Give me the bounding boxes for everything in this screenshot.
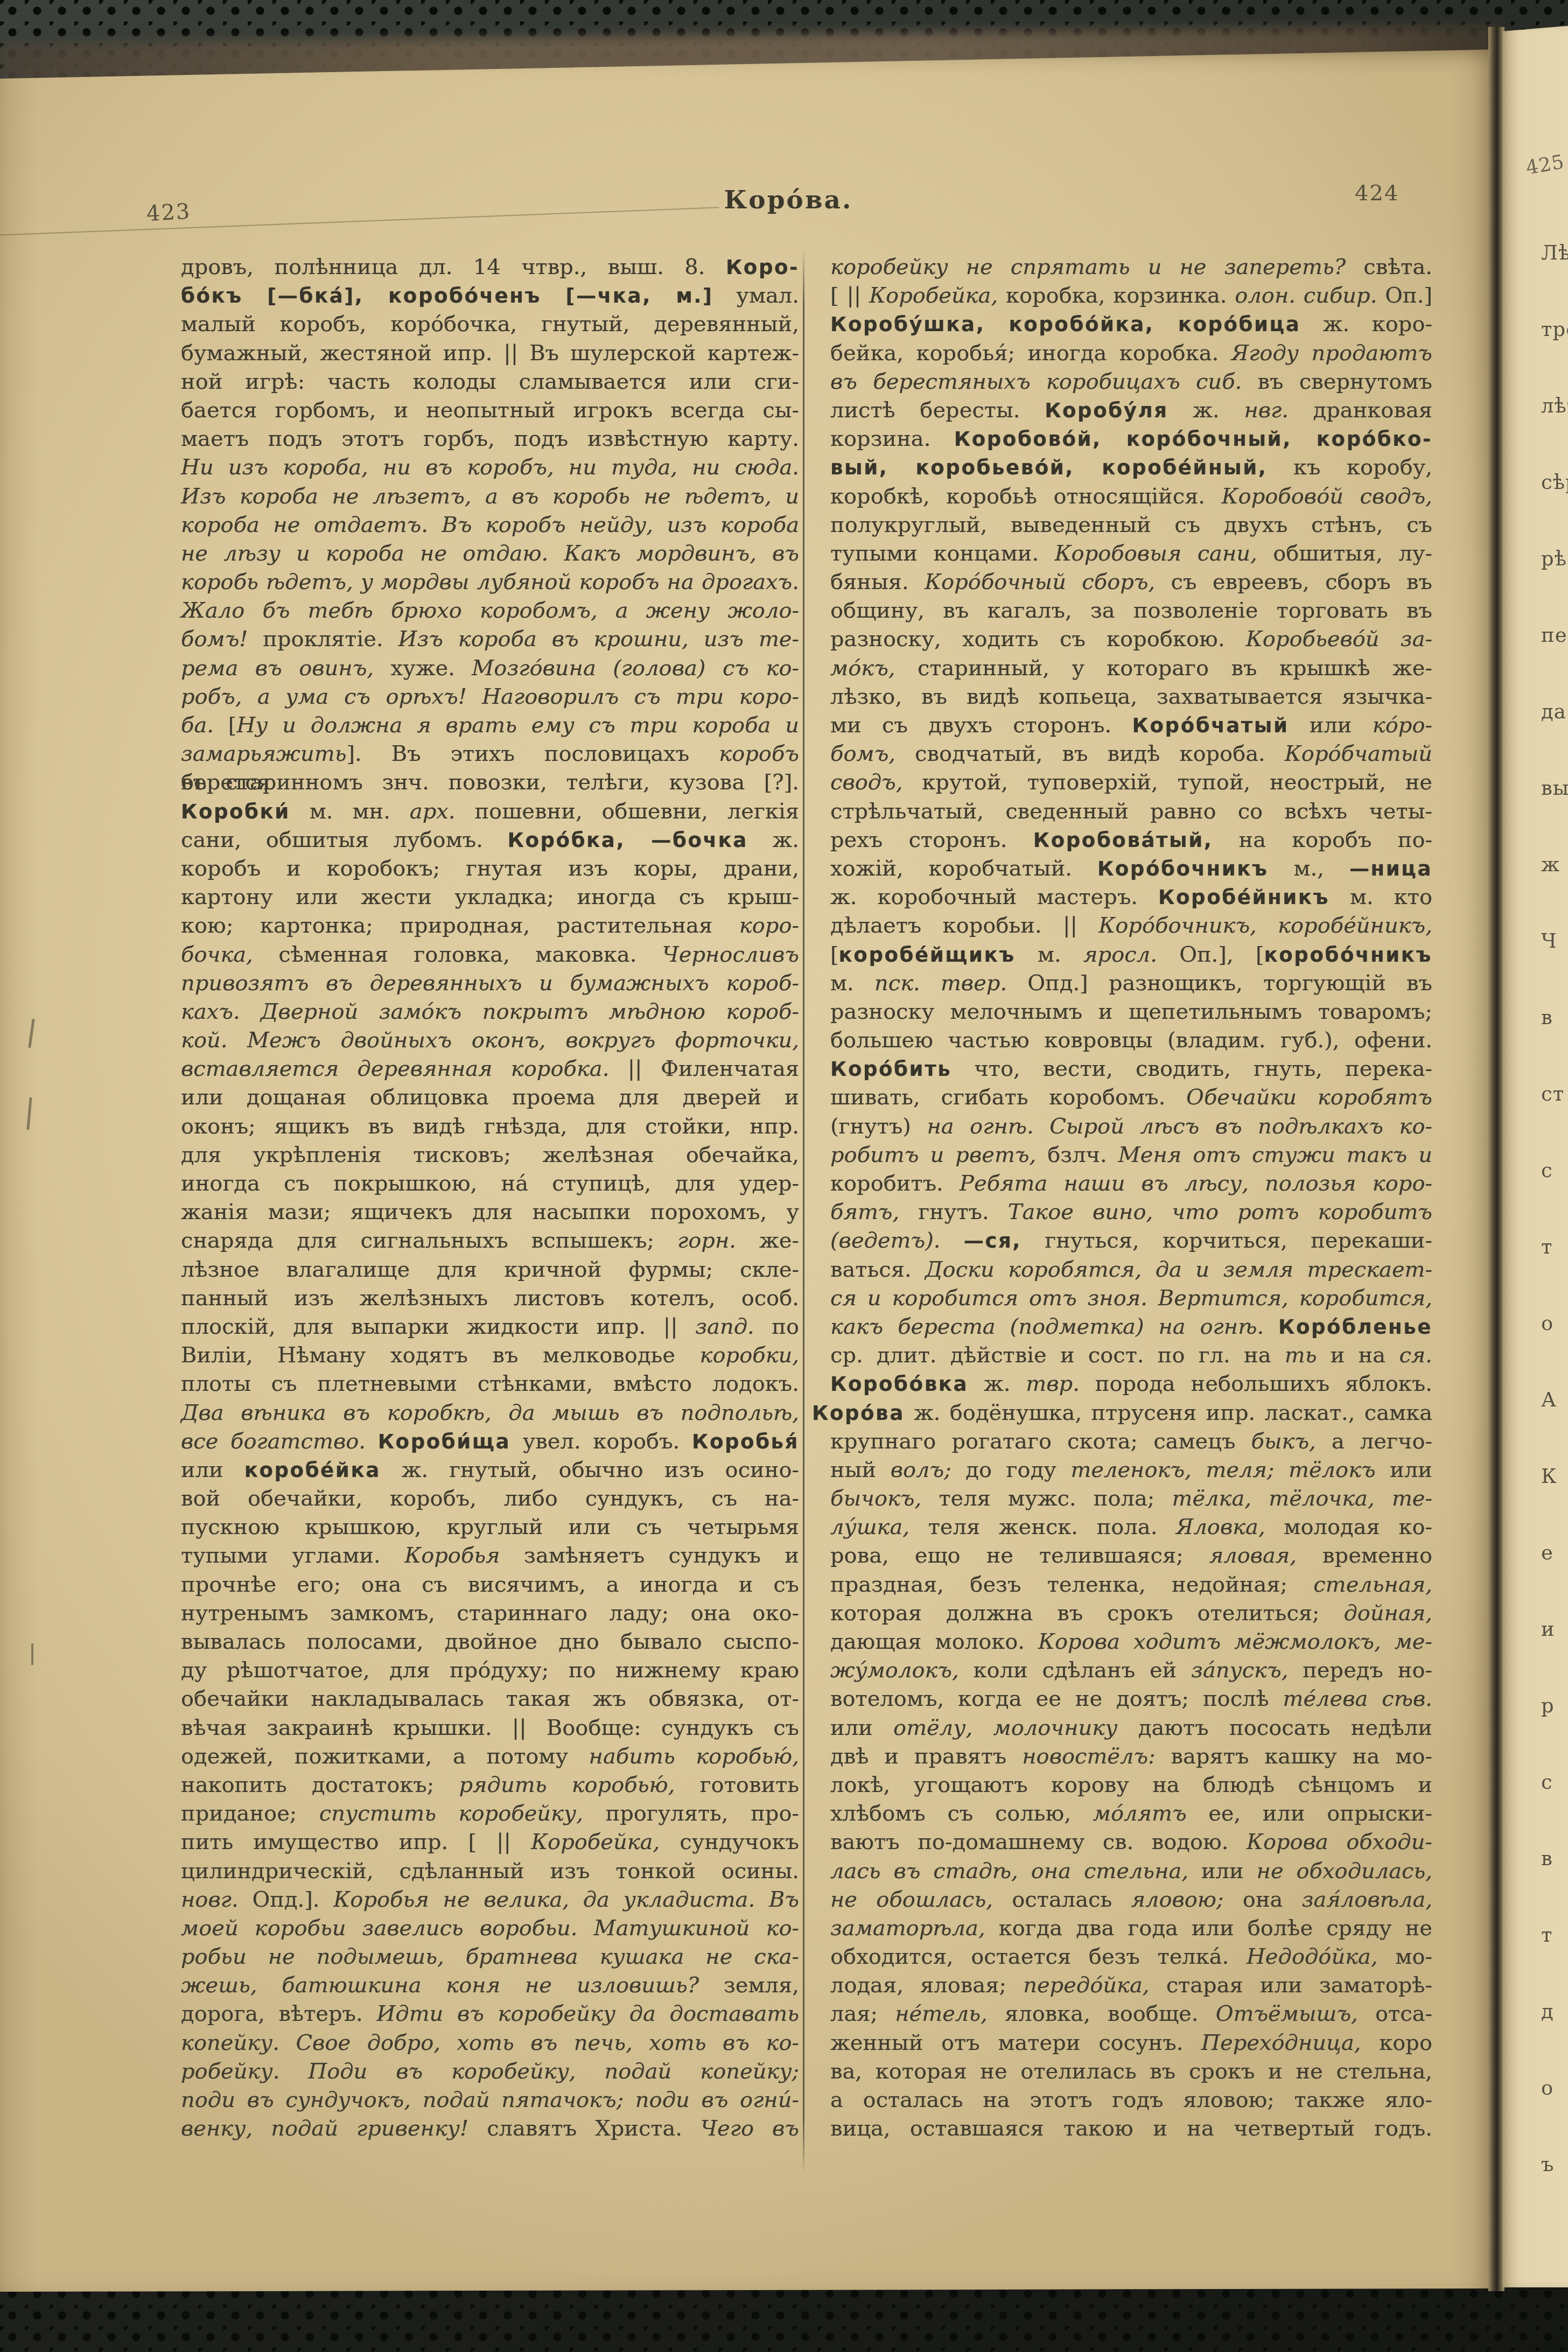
text-line: [ || Коробейка, коробка, корзинка. олон.… [812,282,1432,310]
text-line: ж. коробочный мастеръ. Коробе́йникъ м. к… [812,883,1432,912]
text-line: вый, коробьево́й, коробе́йный, къ коробу… [812,453,1432,482]
text-line: короба не отдаетъ. Въ коробъ нейду, изъ … [181,511,799,540]
edge-text-fragment: А [1541,1388,1568,1411]
text-line: лая; не́тель, яловка, вообще. Отъёмышъ, … [812,2000,1432,2028]
text-line: (ведетъ). —ся, гнуться, корчиться, перек… [812,1227,1432,1255]
edge-text-fragment: е [1541,1541,1568,1564]
text-line: Коробки́ м. мн. арх. пошевни, обшевни, л… [181,797,799,826]
next-page-edge: 425 ЛѣттрехлѣтсѣррѣпедавыжЧвстстоАКеирсв… [1502,26,1568,2287]
text-line: привозятъ въ деревянныхъ и бумажныхъ кор… [181,969,799,998]
text-line: оконъ; ящикъ въ видѣ гнѣзда, для стойки,… [181,1112,799,1141]
text-line: все богатство. Короби́ща увел. коробъ. К… [181,1427,799,1456]
text-line: сани, обшитыя лубомъ. Коро́бка, —бочка ж… [181,826,799,855]
text-line: не обошлась, осталась яловою; она зая́ло… [812,1886,1432,1914]
text-line: робитъ и рветъ, бзлч. Меня отъ стужи так… [812,1141,1432,1170]
text-line: панный изъ желѣзныхъ листовъ котелъ, осо… [181,1284,799,1313]
text-line: бятъ, гнутъ. Такое вино, что ротъ короби… [812,1198,1432,1227]
text-line: бычокъ, теля мужс. пола; тёлка, тёлочка,… [812,1485,1432,1513]
text-line: большею частью ковровцы (владим. губ.), … [812,1026,1432,1055]
text-line: бумажный, жестяной ипр. || Въ шулерской … [181,339,799,368]
text-line: бейка, коробья́; иногда коробка. Ягоду п… [812,339,1432,368]
text-line: Жало бъ тебѣ брюхо коробомъ, а жену жоло… [181,597,799,625]
page-number-right: 424 [1355,181,1399,206]
text-line: вотеломъ, когда ее не доятъ; послѣ те́ле… [812,1685,1432,1713]
text-line: ми съ двухъ сторонъ. Коро́бчатый или ко́… [812,711,1432,740]
text-line: тупыми углами. Коробья замѣняетъ сундукъ… [181,1542,799,1570]
text-line: ся и коробится отъ зноя. Вертится, короб… [812,1284,1432,1313]
edge-text-fragment: К [1541,1465,1568,1488]
text-line: пускною крышкою, круглый или съ четырьмя [181,1513,799,1542]
text-line: (гнутъ) на огнѣ. Сырой лѣсъ въ подѣлкахъ… [812,1112,1432,1141]
edge-text-fragment: д [1541,2000,1568,2023]
text-line: мо́къ, старинный, у котораго въ крышкѣ ж… [812,654,1432,683]
text-line: коробейку не спрятать и не запереть? свѣ… [812,253,1432,282]
text-line: нутренымъ замкомъ, стариннаго ладу; она … [181,1599,799,1628]
text-line: разноску мелочнымъ и щепетильнымъ товаро… [812,998,1432,1026]
column-divider [803,248,804,2175]
text-line: поди въ сундучокъ, подай пятачокъ; поди … [181,2086,799,2115]
text-line: дровъ, полѣнница дл. 14 чтвр., выш. 8. К… [181,253,799,282]
text-line: листѣ бересты. Коробу́ля ж. нвг. дранков… [812,396,1432,425]
text-line: тупыми концами. Коробовыя сани, обшитыя,… [812,540,1432,568]
photo-background: 423 Коро́ва. 424 дровъ, полѣнница дл. 14… [0,0,1568,2352]
edge-text-fragment: т [1541,1923,1568,1947]
text-line: Два вѣника въ коробкѣ, да мышь въ подпол… [181,1399,799,1427]
text-line: жу́молокъ, коли сдѣланъ ей за́пускъ, пер… [812,1656,1432,1685]
edge-text-fragment: Лѣт [1541,241,1568,264]
edge-text-fragment: пе [1541,624,1568,647]
text-line: обходится, остается безъ телка́. Недодо́… [812,1943,1432,1971]
text-line: шивать, сгибать коробомъ. Обечайки короб… [812,1083,1432,1112]
edge-text-fragment: с [1541,1159,1568,1182]
text-line: лѣзко, въ видѣ копьеца, захватывается яз… [812,683,1432,711]
text-line: хожій, коробчатый. Коро́бочникъ м., —ниц… [812,855,1432,883]
edge-text-fragment: ст [1541,1082,1568,1105]
text-line: дорога, вѣтеръ. Идти въ коробейку да дос… [181,2000,799,2028]
text-line: коробитъ. Ребята наши въ лѣсу, полозья к… [812,1170,1432,1198]
text-line: ный волъ; до году теленокъ, теля; тёлокъ… [812,1456,1432,1485]
edge-text-fragment: ж [1541,853,1568,876]
edge-text-fragment: р [1541,1694,1568,1717]
text-line: бо́къ [—бка́], коробо́ченъ [—чка, м.] ум… [181,282,799,310]
text-line: полукруглый, выведенный съ двухъ стѣнъ, … [812,511,1432,540]
paper-crease [0,207,719,235]
text-line: а осталась на этотъ годъ яловою; также я… [812,2086,1432,2115]
text-line: новг. Опд.]. Коробья не велика, да уклад… [181,1886,799,1914]
text-line: бомъ! проклятіе. Изъ короба въ крошни, и… [181,625,799,654]
text-line: бочка, сѣменная головка, маковка. Чернос… [181,941,799,969]
text-line: бается горбомъ, и неопытный игрокъ всегд… [181,396,799,425]
edge-text-fragment: сѣр [1541,471,1568,494]
edge-text-fragment: т [1541,1235,1568,1258]
text-line: плоты съ плетневыми стѣнками, вмѣсто лод… [181,1370,799,1398]
text-line: коробь ѣдетъ, у мордвы лубяной коробъ на… [181,568,799,597]
text-line: пить имущество ипр. [ || Коробейка, сунд… [181,1828,799,1857]
text-line: бомъ, сводчатый, въ видѣ короба. Коро́бч… [812,740,1432,768]
text-line: картону или жести укладка; иногда съ кры… [181,883,799,912]
edge-text-fragment: вы [1541,776,1568,800]
next-page-number: 425 [1524,151,1566,179]
edge-text-fragment: в [1541,1006,1568,1029]
text-line: замарьяжить]. Въ этихъ пословицахъ короб… [181,740,799,768]
text-line: робьи не подымешь, братнева кушака не ск… [181,1943,799,1971]
text-line: цилиндрическій, сдѣланный изъ тонкой оси… [181,1857,799,1886]
text-line: хлѣбомъ съ солью, мо́лятъ ее, или опрыск… [812,1800,1432,1828]
text-line: въ берестяныхъ коробицахъ сиб. въ сверну… [812,368,1432,396]
edge-text-fragment: в [1541,1847,1568,1870]
text-line: какъ береста (подметка) на огнѣ. Коро́бл… [812,1313,1432,1341]
text-column-right: коробейку не спрятать и не запереть? свѣ… [812,253,1432,2143]
text-line: жанія мази; ящичекъ для насыпки порохомъ… [181,1198,799,1227]
edge-text-fragment: и [1541,1618,1568,1641]
text-line: лу́шка, теля женск. пола. Яловка, молода… [812,1513,1432,1542]
edge-text-fragment: рѣ [1541,547,1568,570]
text-line: робъ, а ума съ орѣхъ! Наговорилъ съ три … [181,683,799,711]
text-line: праздная, безъ теленка, недойная; стельн… [812,1571,1432,1599]
text-line: иногда съ покрышкою, на́ ступицѣ, для уд… [181,1170,799,1198]
text-line: коробкѣ, коробьѣ относящійся. Коробово́й… [812,482,1432,511]
text-line: рова, ещо не телившаяся; яловая, временн… [812,1542,1432,1570]
text-line: плоскій, для выпарки жидкости ипр. || за… [181,1313,799,1341]
text-line: вывалась полосами, двойное дно бывало сы… [181,1628,799,1656]
text-line: накопить достатокъ; рядить коробью́, гот… [181,1771,799,1800]
text-line: дающая молоко. Корова ходитъ мёжмолокъ, … [812,1628,1432,1656]
text-line: приданое; спустить коробейку, прогулять,… [181,1800,799,1828]
text-line: коробъ и коробокъ; гнутая изъ коры, дран… [181,855,799,883]
text-line: или дощаная облицовка проема для дверей … [181,1083,799,1112]
text-line: ду рѣшотчатое, для про́духу; по нижнему … [181,1656,799,1685]
text-line: одежей, пожитками, а потому набить короб… [181,1742,799,1771]
text-line: копейку. Свое добро, хоть въ печь, хоть … [181,2029,799,2057]
text-line: стрѣльчатый, сведенный равно со всѣхъ че… [812,797,1432,826]
text-line: или коробе́йка ж. гнутый, обычно изъ оси… [181,1456,799,1485]
text-line: которая должна въ срокъ отелиться; дойна… [812,1599,1432,1628]
text-line: женный отъ матери сосунъ. Перехо́дница, … [812,2029,1432,2057]
text-line: ной игрѣ: часть колоды сламывается или с… [181,368,799,396]
page-gap [1488,27,1504,2291]
text-line: рехъ сторонъ. Коробова́тый, на коробъ по… [812,826,1432,855]
text-line: или отёлу, молочнику даютъ пососать недѣ… [812,1714,1432,1742]
text-line: Коро́ва ж. бодёнушка, птрусеня ипр. ласк… [812,1399,1432,1427]
text-line: локѣ, угощаютъ корову на блюдѣ сѣнцомъ и [812,1771,1432,1800]
text-line: Изъ короба не лѣзетъ, а въ коробь не ѣде… [181,482,799,511]
text-line: ва, которая не отелилась въ срокъ и не с… [812,2057,1432,2086]
edge-text-fragment: трех [1541,318,1568,341]
text-line: робейку. Поди въ коробейку, подай копейк… [181,2057,799,2086]
text-line: въ старинномъ знч. повозки, телѣги, кузо… [181,768,799,797]
text-line: лась въ стадѣ, она стельна, или не обход… [812,1857,1432,1886]
text-line: сводъ, крутой, туповерхій, тупой, неостр… [812,768,1432,797]
text-line: моей коробьи завелись воробьи. Матушкино… [181,1914,799,1943]
edge-text-fragment: да [1541,700,1568,723]
text-line: прочнѣе его; она съ висячимъ, а иногда и… [181,1571,799,1599]
edge-text-fragment: ъ [1541,2153,1568,2176]
text-line: вица, оставшаяся такою и на четвертый го… [812,2115,1432,2143]
book-page: 423 Коро́ва. 424 дровъ, полѣнница дл. 14… [0,50,1490,2294]
text-line: ваться. Доски коробятся, да и земля трес… [812,1256,1432,1284]
text-line: вѣчая закраинѣ крышки. || Вообще: сундук… [181,1714,799,1742]
text-line: жешь, батюшкина коня не изловишь? земля, [181,1971,799,2000]
page-title: Коро́ва. [638,185,939,215]
margin-mark [26,1097,32,1130]
text-line: снаряда для сигнальныхъ вспышекъ; горн. … [181,1227,799,1255]
text-line: ср. длит. дѣйствіе и сост. по гл. на ть … [812,1341,1432,1370]
text-line: Коробо́вка ж. твр. порода небольшихъ ябл… [812,1370,1432,1398]
text-line: для укрѣпленія тисковъ; желѣзная обечайк… [181,1141,799,1170]
text-line: ваютъ по-домашнему св. водою. Корова обх… [812,1828,1432,1857]
text-line: вой обечайки, коробъ, либо сундукъ, съ н… [181,1485,799,1513]
text-line: корзина. Коробово́й, коро́бочный, коро́б… [812,425,1432,453]
text-line: заматорѣла, когда два года или болѣе сря… [812,1914,1432,1943]
text-line: Виліи, Нѣману ходятъ въ мелководье короб… [181,1341,799,1370]
text-line: двѣ и правятъ новостёлъ: варятъ кашку на… [812,1742,1432,1771]
text-line: обечайки накладывалась такая жъ обвязка,… [181,1685,799,1713]
margin-mark [31,1643,33,1665]
edge-text-fragment: с [1541,1770,1568,1794]
edge-text-fragment: Ч [1541,929,1568,953]
text-line: разноску, ходить съ коробкою. Коробьево́… [812,625,1432,654]
text-line: Коробу́шка, коробо́йка, коро́бица ж. кор… [812,310,1432,339]
edge-text-fragment: лѣт [1541,394,1568,417]
text-line: Ни изъ короба, ни въ коробъ, ни туда, ни… [181,453,799,482]
text-line: дѣлаетъ коробьи. || Коро́бочникъ, коробе… [812,912,1432,940]
text-line: кой. Межъ двойныхъ оконъ, вокругъ форточ… [181,1026,799,1055]
page-number-left: 423 [146,199,192,226]
text-line: лодая, яловая; передо́йка, старая или за… [812,1971,1432,2000]
text-line: маетъ подъ этотъ горбъ, подъ извѣстную к… [181,425,799,453]
edge-text-fragment: о [1541,1312,1568,1335]
text-line: Коро́бить что, вести, сводить, гнуть, пе… [812,1055,1432,1083]
text-line: вставляется деревянная коробка. || Филен… [181,1055,799,1083]
text-line: малый коробъ, коро́бочка, гнутый, деревя… [181,310,799,339]
text-line: венку, подай гривенку! славятъ Христа. Ч… [181,2115,799,2143]
text-line: рема въ овинъ, хуже. Мозго́вина (голова)… [181,654,799,683]
text-line: ба. [Ну и должна я врать ему съ три коро… [181,711,799,740]
text-column-left: дровъ, полѣнница дл. 14 чтвр., выш. 8. К… [181,253,799,2143]
text-line: кахъ. Дверной замо́къ покрытъ мѣдною кор… [181,998,799,1026]
margin-mark [28,1019,34,1048]
text-line: кою; картонка; природная, растительная к… [181,912,799,940]
text-line: бяныя. Коро́бочный сборъ, съ евреевъ, сб… [812,568,1432,597]
text-line: лѣзное влагалище для кричной фурмы; скле… [181,1256,799,1284]
edge-text-fragment: о [1541,2076,1568,2099]
text-line: общину, въ кагалъ, за позволеніе торгова… [812,597,1432,625]
text-line: крупнаго рогатаго скота; самецъ быкъ, а … [812,1427,1432,1456]
text-line: не лѣзу и короба не отдаю. Какъ мордвинъ… [181,540,799,568]
text-line: м. пск. твер. Опд.] разнощикъ, торгующій… [812,969,1432,998]
text-line: [коробе́йщикъ м. яросл. Оп.], [коробо́чн… [812,941,1432,969]
